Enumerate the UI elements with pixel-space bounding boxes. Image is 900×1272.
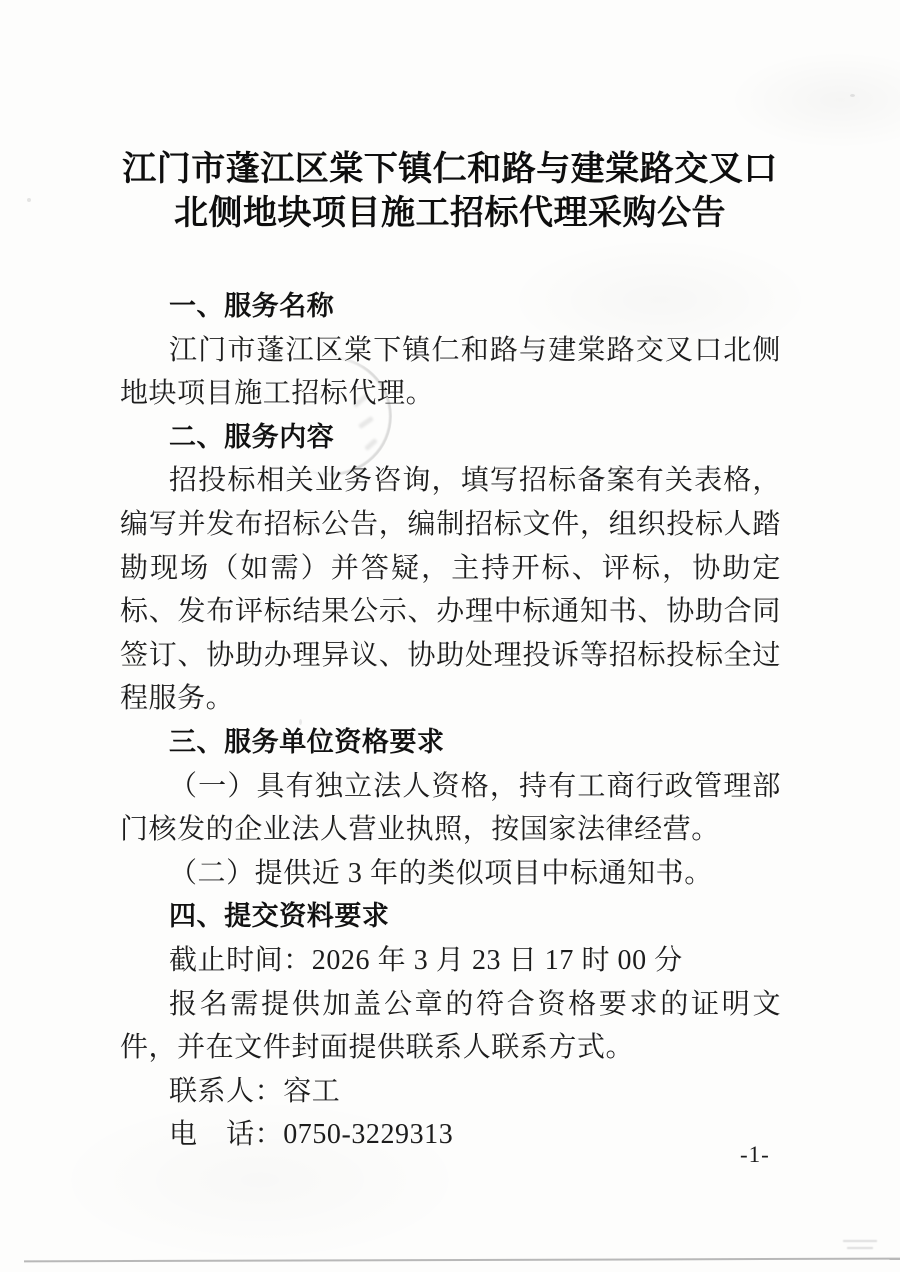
document-title-line-1: 江门市蓬江区棠下镇仁和路与建棠路交叉口 xyxy=(50,148,850,192)
scanned-document-page: 江门市蓬江区棠下镇仁和路与建棠路交叉口 北侧地块项目施工招标代理采购公告 一、服… xyxy=(0,0,900,1272)
scan-speck xyxy=(850,94,855,97)
contact-person-line: 联系人：容工 xyxy=(120,1070,781,1114)
document-title-line-2: 北侧地块项目施工招标代理采购公告 xyxy=(50,192,850,236)
section-heading-qualification-requirements: 三、服务单位资格要求 xyxy=(120,721,781,765)
qualification-item-2-paragraph: （二）提供近 3 年的类似项目中标通知书。 xyxy=(120,852,781,896)
scan-speck xyxy=(27,198,31,202)
section-heading-service-name: 一、服务名称 xyxy=(120,285,781,329)
service-content-paragraph: 招投标相关业务咨询，填写招标备案有关表格，编写并发布招标公告，编制招标文件，组织… xyxy=(120,459,781,721)
scan-edge-line xyxy=(24,1258,900,1263)
page-number: -1- xyxy=(740,1142,770,1168)
section-heading-service-content: 二、服务内容 xyxy=(120,416,781,460)
submission-requirement-paragraph: 报名需提供加盖公章的符合资格要求的证明文件，并在文件封面提供联系人联系方式。 xyxy=(120,983,781,1070)
contact-phone-line: 电 话：0750-3229313 xyxy=(120,1113,781,1157)
scan-speck xyxy=(299,719,302,725)
scan-smudge-artifact xyxy=(843,1238,881,1251)
document-body: 一、服务名称 江门市蓬江区棠下镇仁和路与建棠路交叉口北侧地块项目施工招标代理。 … xyxy=(120,285,781,1157)
document-title: 江门市蓬江区棠下镇仁和路与建棠路交叉口 北侧地块项目施工招标代理采购公告 xyxy=(50,148,850,236)
service-name-paragraph: 江门市蓬江区棠下镇仁和路与建棠路交叉口北侧地块项目施工招标代理。 xyxy=(120,329,781,416)
qualification-item-1-paragraph: （一）具有独立法人资格，持有工商行政管理部门核发的企业法人营业执照，按国家法律经… xyxy=(120,765,781,852)
section-heading-submission-requirements: 四、提交资料要求 xyxy=(120,895,781,939)
deadline-line: 截止时间：2026 年 3 月 23 日 17 时 00 分 xyxy=(120,939,781,983)
